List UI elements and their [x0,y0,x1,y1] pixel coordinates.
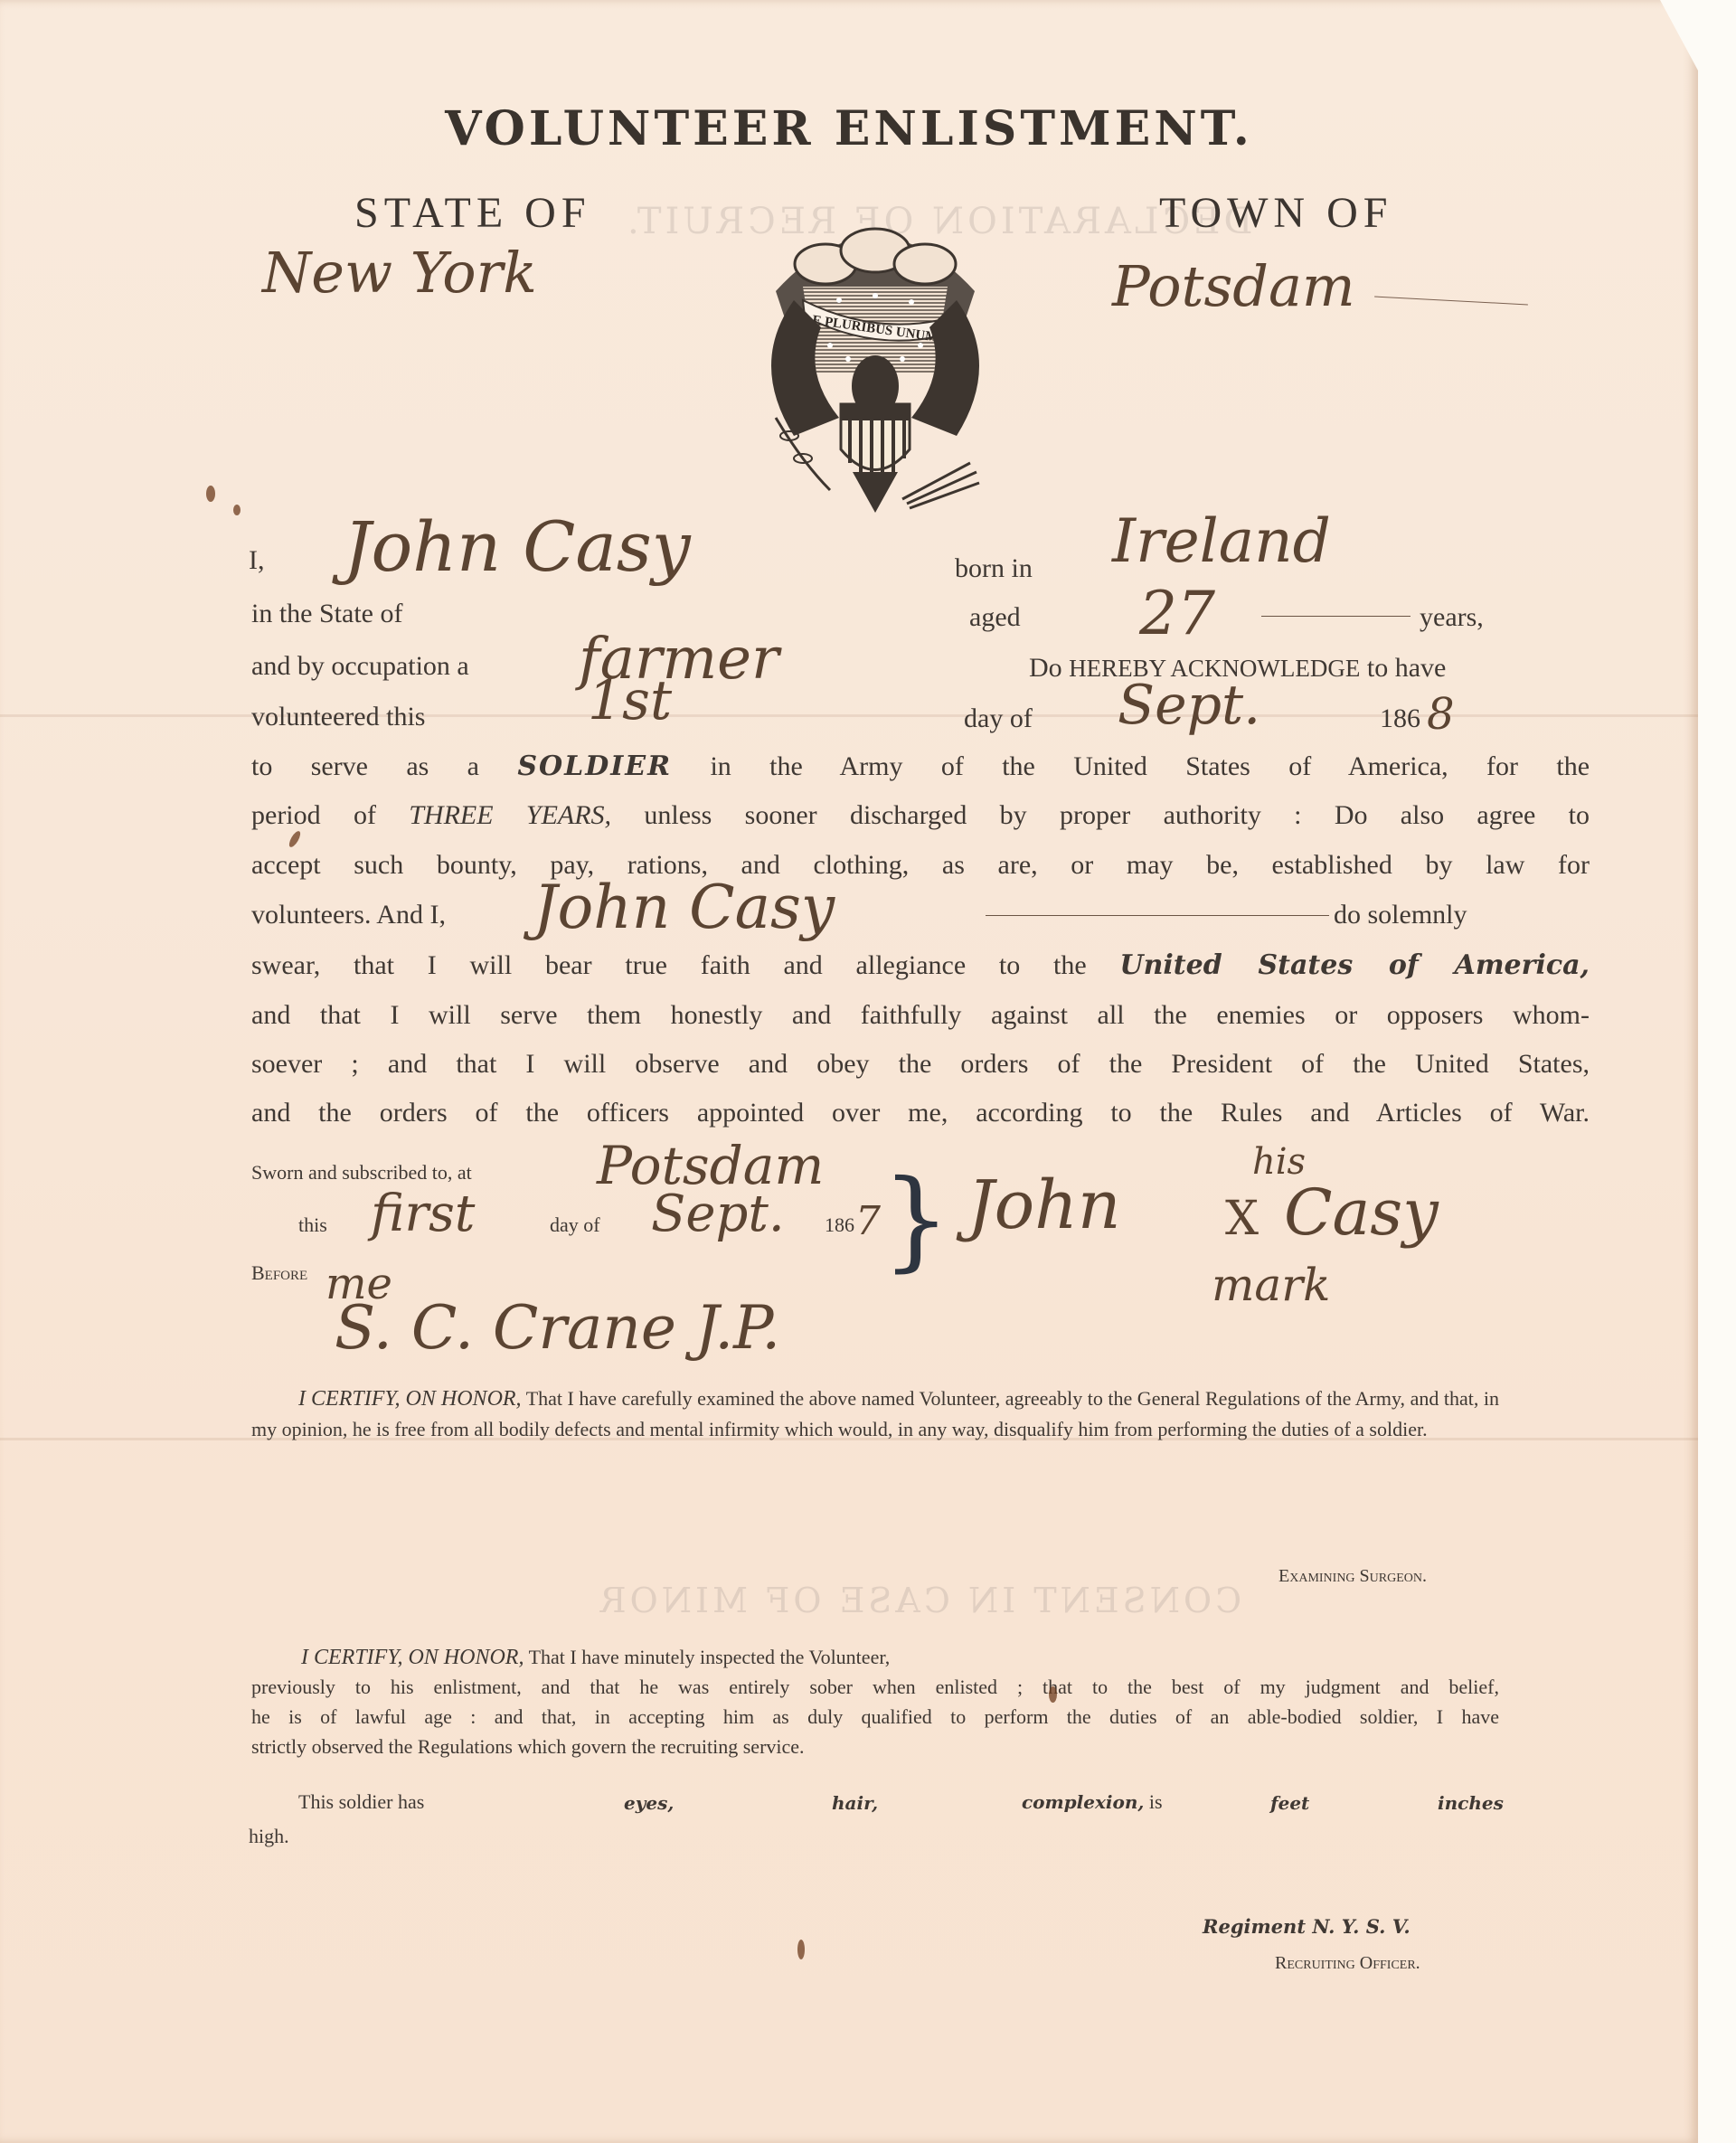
years-label: years, [1420,602,1484,633]
text: That I have carefully examined the above… [526,1387,1201,1410]
sworn-day-value: first [371,1185,475,1243]
text: unless sooner discharged by proper autho… [644,800,1590,830]
town-label: TOWN OF [1159,188,1392,238]
signature-surname: Casy [1284,1175,1439,1250]
complexion-label: complexion, [1022,1791,1144,1813]
certify-lead: I CERTIFY, ON HONOR, [298,1387,522,1411]
state-value: New York [262,240,537,306]
text: any way, disqualify him from performing … [918,1418,1427,1440]
mark-x: X [1225,1192,1259,1246]
examining-surgeon-label: Examining Surgeon. [1278,1566,1427,1587]
enlistee-name: John Casy [344,506,691,587]
oath-line-6: period of THREE YEARS, unless sooner dis… [251,800,1590,831]
surgeon-certificate: I CERTIFY, ON HONOR, That I have careful… [251,1383,1499,1444]
is-label: is [1149,1790,1163,1813]
officer-certificate-line-1: I CERTIFY, ON HONOR, That I have minutel… [301,1646,890,1670]
oath-line-9: swear, that I will bear true faith and a… [251,949,1590,981]
soldier-emphasis: SOLDIER [517,751,672,782]
officer-certificate-line-4: strictly observed the Regulations which … [251,1735,805,1759]
this-label: this [298,1213,327,1237]
oath-line-5: to serve as a SOLDIER in the Army of the… [251,751,1590,782]
sworn-month-value: Sept. [651,1185,785,1243]
aged-label: aged [969,602,1021,633]
age-underline [1261,616,1410,617]
desc-complexion: complexion, is [1022,1790,1163,1814]
desc-hair: hair, [832,1792,878,1814]
brace-icon: } [882,1166,950,1275]
desc-high: high. [249,1825,289,1848]
enlist-day-value: 1st [588,669,672,732]
acknowledge-pre: Do [1029,653,1062,683]
occupation-label: and by occupation a [251,651,469,682]
oath-line-10: and that I will serve them honestly and … [251,1000,1590,1031]
ink-stain [1049,1686,1057,1703]
sworn-day-of-label: day of [550,1213,600,1237]
oath-line-11: soever ; and that I will observe and obe… [251,1049,1590,1080]
sworn-label: Sworn and subscribed to, at [251,1161,472,1185]
officer-certificate-line-2: previously to his enlistment, and that h… [251,1676,1499,1699]
document-title: VOLUNTEER ENLISTMENT. [0,101,1698,156]
certify-lead: I CERTIFY, ON HONOR, [301,1646,524,1669]
day-of-label: day of [964,703,1033,734]
name-underline [986,915,1329,916]
eagle-seal-icon: E PLURIBUS UNUM [740,201,1011,526]
document-page: DECLARATION OF RECRUIT. CONSENT IN CASE … [0,0,1698,2143]
sworn-year-suffix: 7 [855,1198,881,1244]
oath-line-7: accept such bounty, pay, rations, and cl… [251,850,1590,881]
enlist-year-suffix: 8 [1427,689,1455,740]
text: period of [251,800,376,830]
state-label: STATE OF [354,188,591,238]
text: in the Army of the United States of Amer… [710,751,1590,781]
ink-stain [206,486,215,502]
desc-pre: This soldier has [298,1790,424,1814]
mark-label: mark [1212,1259,1330,1311]
sworn-year-prefix: 186 [825,1213,854,1237]
ink-stain [288,829,303,848]
usa-emphasis: United States of America, [1119,949,1590,981]
town-value: Potsdam [1112,253,1355,319]
desc-eyes: eyes, [624,1792,674,1814]
town-flourish [1374,297,1528,306]
desc-inches: inches [1438,1792,1504,1814]
year-prefix: 186 [1380,703,1420,734]
official-signature: S. C. Crane J.P. [335,1293,780,1363]
born-in-label: born in [955,553,1033,584]
ink-stain [233,505,241,515]
oath-line-8-pre: volunteers. And I, [251,900,446,930]
oath-line-8-post: do solemnly [1334,900,1467,930]
acknowledge-post: to have [1367,653,1446,683]
state-of-label: in the State of [251,599,402,629]
three-years-emphasis: THREE YEARS, [409,800,611,830]
oath-line-12: and the orders of the officers appointed… [251,1098,1590,1128]
volunteered-label: volunteered this [251,702,425,732]
officer-certificate-line-3: he is of lawful age : and that, in accep… [251,1705,1499,1729]
age-value: 27 [1139,579,1215,648]
regiment-label: Regiment N. Y. S. V. [1203,1915,1410,1938]
ink-stain [797,1940,805,1959]
i-label: I, [249,545,265,576]
birthplace-value: Ireland [1112,506,1331,576]
signature-first-name: John [967,1166,1121,1244]
oath-name-value: John Casy [533,873,835,942]
desc-feet: feet [1270,1792,1309,1814]
text: swear, that I will bear true faith and a… [251,950,1087,980]
text: That I have minutely inspected the Volun… [529,1646,891,1668]
before-label: Before [251,1261,307,1285]
text: to serve as a [251,751,479,781]
enlist-month-value: Sept. [1118,674,1260,737]
recruiting-officer-label: Recruiting Officer. [1275,1953,1420,1974]
bleed-through-heading: CONSENT IN CASE OF MINOR [597,1581,1241,1620]
